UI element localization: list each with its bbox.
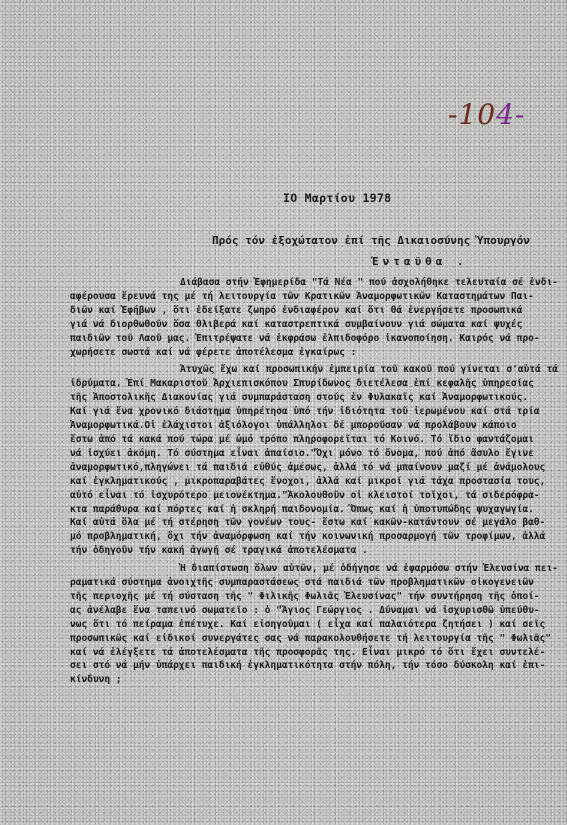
text-line: ας ἀνέλαβε ἕνα ταπεινό σωματεῖο : ὁ "Ἅγι… (70, 604, 522, 618)
text-line: γιά νά διορθωθοῦν ὅσα θλιβερά καί καταστ… (70, 318, 522, 332)
letter-addressee: Πρός τόν ἐξοχώτατον ἐπί τῆς Δικαιοσύνης … (212, 234, 530, 247)
text-line: ἱδρύματα. Ἐπί Μακαριστοῦ Ἀρχιεπισκόπου Σ… (70, 377, 522, 391)
text-line: σει στό νά μήν ὑπάρχει παιδική ἐγκληματι… (70, 659, 522, 673)
page-number-main: -10 (448, 98, 496, 131)
text-line: Καί γιά ἕνα χρονικό διάστημα ὑπηρέτησα ὑ… (70, 405, 522, 419)
text-line: ἔστω ἀπό τά κακά πού τώρα μέ ὠμό τρόπο π… (70, 433, 522, 447)
text-line: παιδιῶν τοῦ Λαοῦ μας. Ἐπιτρέψατε νά ἐκφρ… (70, 332, 522, 346)
page-number: -104- (448, 98, 525, 131)
text-line: Ἀτυχῶς ἔχω καί προσωπικήν ἐμπειρία τοῦ κ… (70, 363, 522, 377)
paragraph-1: Διάβασα στήν Ἐφημερίδα "Τά Νέα " πού ἀσχ… (70, 276, 522, 359)
text-line: Ἀναμορφωτικά.Οἱ ἐλάχιστοι ἀξιόλογοι ὑπάλ… (70, 419, 522, 433)
letter-date: IO Μαρτίου 1978 (283, 191, 391, 205)
text-line: αφέρουσα ἔρευνά της μέ τή λειτουργία τῶν… (70, 290, 522, 304)
text-line: κτα παράθυρα καί πόρτες καί ἡ σκληρή παι… (70, 503, 522, 517)
page-number-suffix: 4- (496, 98, 525, 131)
text-line: Καί αὐτά ὅλα μέ τή στέρηση τῶν γονέων το… (70, 516, 522, 530)
text-line: τῆς περιοχῆς μέ τή σύσταση τῆς " Φιλικῆς… (70, 590, 522, 604)
text-line: Διάβασα στήν Ἐφημερίδα "Τά Νέα " πού ἀσχ… (70, 276, 522, 290)
text-line: τήν ὁδηγοῦν τήν κακή ἀγωγή σέ τραγικά ἀπ… (70, 544, 522, 558)
text-line: κίνδυνη ; (70, 673, 522, 687)
text-line: νά ἰσχύει ἀκόμη. Τό σύστημα εἶναι ἀπαίσι… (70, 447, 522, 461)
text-line: μό προβληματική, ὄχι τήν ἀναμόρφωση καί … (70, 530, 522, 544)
text-line: ἀναμορφωτικό,πληγώνει τά παιδιά εὐθύς ἀμ… (70, 461, 522, 475)
paragraph-2: Ἀτυχῶς ἔχω καί προσωπικήν ἐμπειρία τοῦ κ… (70, 363, 522, 558)
text-line: ραματικά σύστημα ἀνοιχτῆς συμπαραστάσεως… (70, 576, 522, 590)
text-line: χωρήσετε σωστά καί νά φέρετε ἀποτέλεσμα … (70, 346, 522, 360)
text-line: τῆς Ἀποστολικῆς Διακονίας γιά συμπαράστα… (70, 391, 522, 405)
text-line: αὐτό εἶναι τό ἰσχυρότερο μειονέκτημα."Ἀκ… (70, 489, 522, 503)
letter-location: Ἐνταῦθα . (372, 255, 468, 268)
paragraph-3: Ἡ διαπίστωση ὅλων αὐτῶν, μέ ὁδήγησε νά ἐ… (70, 562, 522, 687)
text-line: νως ὅτι τό πείραμα ἐπέτυχε. Καί εἰσηγοῦμ… (70, 618, 522, 632)
text-line: Ἡ διαπίστωση ὅλων αὐτῶν, μέ ὁδήγησε νά ἐ… (70, 562, 522, 576)
letter-body: Διάβασα στήν Ἐφημερίδα "Τά Νέα " πού ἀσχ… (70, 276, 522, 687)
text-line: προσωπικῶς καί εἰδικοί συνεργάτες σας νά… (70, 632, 522, 646)
text-line: διῶν καί Ἐφήβων , ὅτι ἐδείξατε ζωηρό ἐνδ… (70, 304, 522, 318)
text-line: καί ἐγκληματικούς , μικροπαραβάτες ἔνοχο… (70, 475, 522, 489)
text-line: καί νά ἐλέγξετε τά ἀποτελέσματα τῆς προσ… (70, 646, 522, 660)
